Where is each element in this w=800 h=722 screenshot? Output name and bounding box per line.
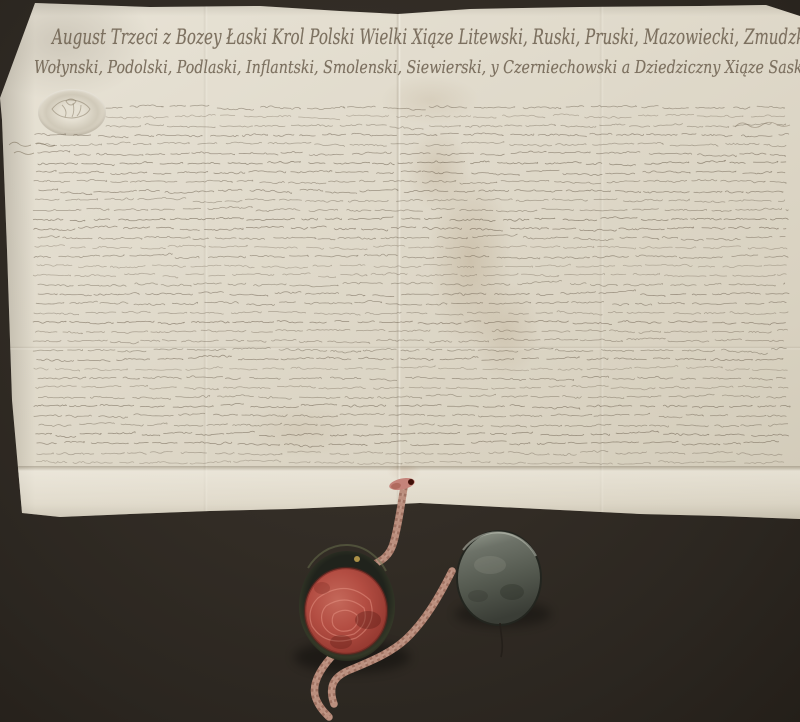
lid-string xyxy=(500,623,502,657)
skippet-pin xyxy=(354,556,360,562)
photograph-of-parchment-charter: August Trzeci z Bozey Łaski Krol Polski … xyxy=(0,0,800,722)
red-wax-seal xyxy=(305,568,387,654)
skippet-lid xyxy=(457,531,541,625)
seal-assembly xyxy=(0,0,800,722)
